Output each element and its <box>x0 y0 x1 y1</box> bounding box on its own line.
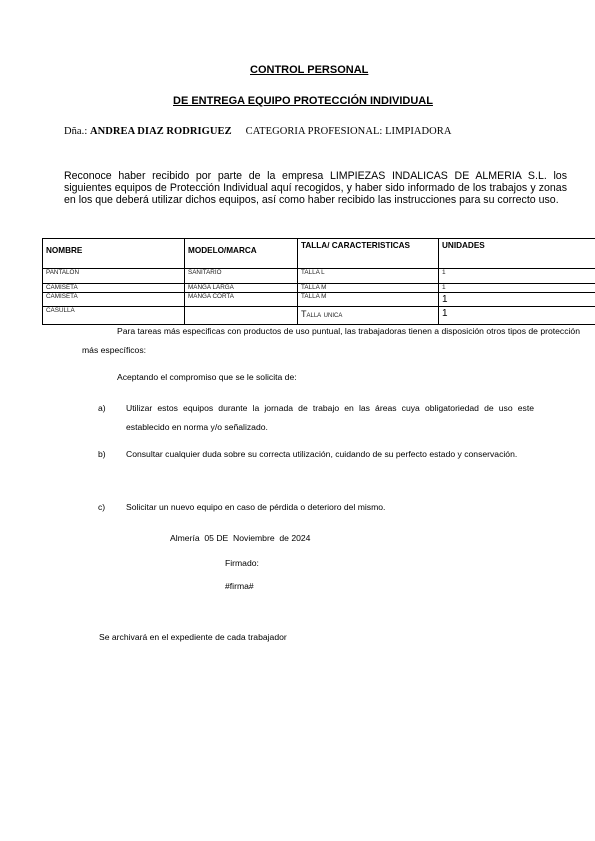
cell-modelo: MANGA CORTA <box>185 293 298 307</box>
category-label: CATEGORIA PROFESIONAL: <box>246 126 383 137</box>
cell-talla: TALLA M <box>298 284 439 293</box>
cell-modelo: MANGA LARGA <box>185 284 298 293</box>
category-value: LIMPIADORA <box>385 126 451 137</box>
employee-line: Dña.: ANDREA DIAZ RODRIGUEZCATEGORIA PRO… <box>64 126 452 137</box>
document-title: CONTROL PERSONAL <box>250 64 368 76</box>
cell-unidades: 1 <box>439 293 595 307</box>
archive-note: Se archivará en el expediente de cada tr… <box>99 632 287 642</box>
table-row: CAMISETA MANGA CORTA TALLA M 1 <box>43 293 595 307</box>
date-line: Almería 05 DE Noviembre de 2024 <box>170 533 310 543</box>
header-modelo: MODELO/MARCA <box>185 239 298 269</box>
document-subtitle: DE ENTREGA EQUIPO PROTECCIÓN INDIVIDUAL <box>173 95 433 107</box>
list-marker: c) <box>98 498 105 517</box>
list-marker: a) <box>98 399 106 418</box>
table-row: CAMISETA MANGA LARGA TALLA M 1 <box>43 284 595 293</box>
list-marker: b) <box>98 445 106 464</box>
cell-nombre: PANTALON <box>43 269 185 284</box>
commitment-text: Consultar cualquier duda sobre su correc… <box>126 445 534 464</box>
table-header-row: NOMBRE MODELO/MARCA TALLA/ CARACTERISTIC… <box>43 239 595 269</box>
header-nombre: NOMBRE <box>43 239 185 269</box>
cell-talla: TALLA M <box>298 293 439 307</box>
cell-talla: TALLA L <box>298 269 439 284</box>
signature-placeholder: #firma# <box>225 581 254 591</box>
cell-unidades: 1 <box>439 269 595 284</box>
ppe-table: NOMBRE MODELO/MARCA TALLA/ CARACTERISTIC… <box>42 238 595 325</box>
header-talla: TALLA/ CARACTERISTICAS <box>298 239 439 269</box>
employee-prefix: Dña.: <box>64 126 87 137</box>
commitment-intro: Aceptando el compromiso que se le solici… <box>117 372 297 382</box>
employee-name: ANDREA DIAZ RODRIGUEZ <box>90 126 232 137</box>
cell-modelo: SANITARIO <box>185 269 298 284</box>
header-unidades: UNIDADES <box>439 239 595 269</box>
cell-nombre: CAMISETA <box>43 284 185 293</box>
signed-label: Firmado: <box>225 558 259 568</box>
table-row: PANTALON SANITARIO TALLA L 1 <box>43 269 595 284</box>
commitment-text: Utilizar estos equipos durante la jornad… <box>126 399 534 437</box>
cell-unidades: 1 <box>439 284 595 293</box>
cell-nombre: CAMISETA <box>43 293 185 307</box>
intro-paragraph: Reconoce haber recibido por parte de la … <box>64 170 567 207</box>
specific-protection-paragraph: Para tareas más especificas con producto… <box>82 322 580 360</box>
commitment-text: Solicitar un nuevo equipo en caso de pér… <box>126 498 534 517</box>
